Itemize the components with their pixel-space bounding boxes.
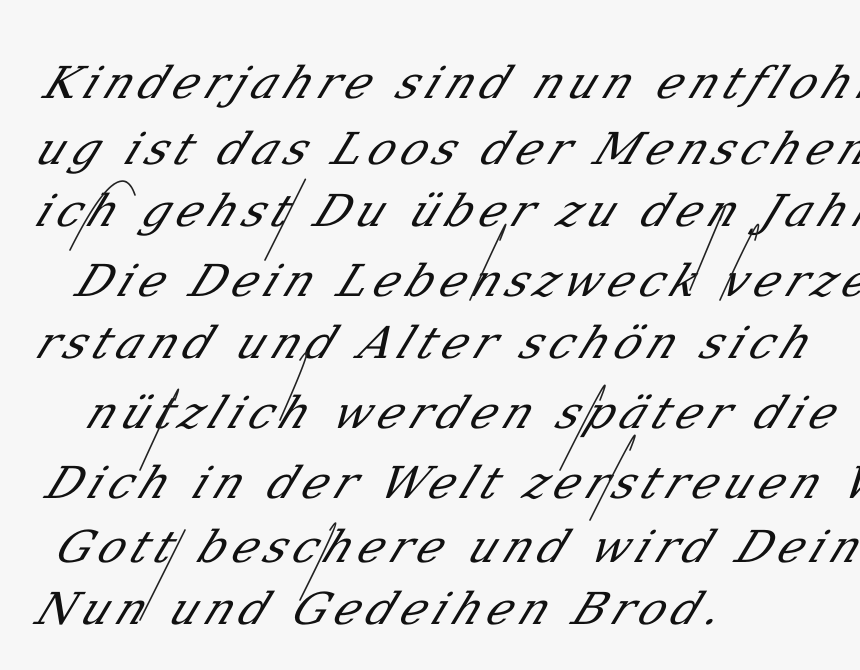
manuscript-line: Nun und Gedeihen Brod. [30, 588, 736, 632]
manuscript-line: Dich in der Welt zerstreuen Welt [40, 462, 860, 506]
manuscript-line: rstand und Alter schön sich [30, 322, 825, 366]
manuscript-page: Kinderjahre sind nun entflohn Deut ug is… [30, 40, 830, 625]
manuscript-line: Gott beschere und wird Dein [50, 526, 860, 570]
manuscript-line: Die Dein Lebenszweck verzeih [70, 260, 860, 304]
manuscript-line: ug ist das Loos der Menschen Freund [30, 128, 860, 172]
manuscript-line: Kinderjahre sind nun entflohn Deut [38, 62, 860, 106]
manuscript-line: nützlich werden später die [80, 392, 852, 436]
manuscript-line: ich gehst Du über zu den Jahren [30, 190, 860, 234]
